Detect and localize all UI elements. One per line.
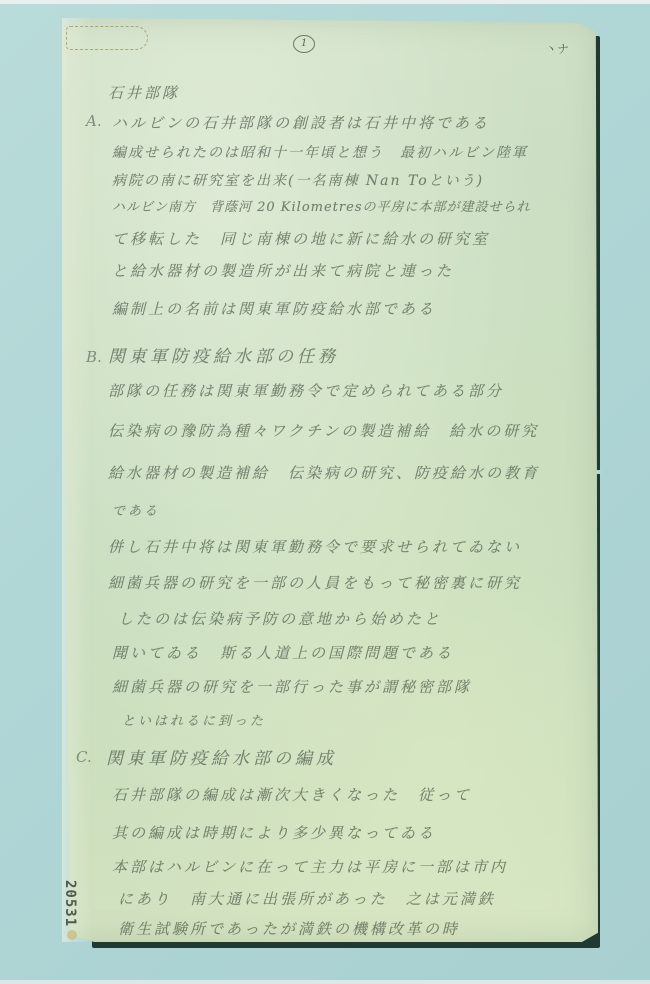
text-line: ハルビンの石井部隊の創設者は石井中将である [112,112,490,133]
text-line: 其の編成は時期により多少異なってゐる [112,822,436,843]
text-line: 編成せられたのは昭和十一年頃と想う 最初ハルビン陸軍 [112,142,528,162]
text-line: て移転した 同じ南棟の地に新に給水の研究室 [112,228,490,249]
text-line: と給水器材の製造所が出来て病院と連った [112,260,454,281]
text-line: 編制上の名前は関東軍防疫給水部である [112,298,436,319]
text-line: 併し石井中将は関東軍勤務令で要求せられてゐない [108,536,522,557]
text-line: にあり 南大通に出張所があった 之は元満鉄 [118,888,496,909]
text-line: 部隊の任務は関東軍勤務令で定められてある部分 [108,380,504,401]
text-line: したのは伝染病予防の意地から始めたと [118,608,442,629]
text-line: 衛生試験所であったが満鉄の機構改革の時 [118,918,460,939]
text-line: といはれるに到った [122,710,266,729]
text-line: 細菌兵器の研究を一部行った事が謂秘密部隊 [112,676,472,697]
text-line: 本部はハルビンに在って主力は平房に一部は市内 [112,856,508,877]
text-line: である [112,500,160,519]
section-heading: 関東軍防疫給水部の編成 [106,744,337,769]
section-label-b: B. [86,348,102,366]
text-line: 細菌兵器の研究を一部の人員をもって秘密裏に研究 [108,572,522,593]
section-label-a: A. [86,112,102,130]
section-label-c: C. [76,748,92,766]
text-line: 伝染病の豫防為種々ワクチンの製造補給 給水の研究 [108,420,539,441]
text-line: 給水器材の製造補給 伝染病の研究、防疫給水の教育 [108,462,540,483]
text-line: 聞いてゐる 斯る人道上の国際問題である [112,642,454,663]
text-line: ハルビン南方 背蔭河 20 Kilometresの平房に本部が建設せられ [112,196,531,215]
photo-bottom-edge [0,980,650,984]
text-line: 病院の南に研究室を出来(一名南棟 Nan Toという) [112,170,484,190]
section-heading: 関東軍防疫給水部の任務 [108,342,339,367]
document-title: 石井部隊 [108,82,180,103]
handwritten-text: 石井部隊 A. ハルビンの石井部隊の創設者は石井中将である 編成せられたのは昭和… [0,0,650,984]
text-line: 石井部隊の編成は漸次大きくなった 従って [112,784,472,805]
